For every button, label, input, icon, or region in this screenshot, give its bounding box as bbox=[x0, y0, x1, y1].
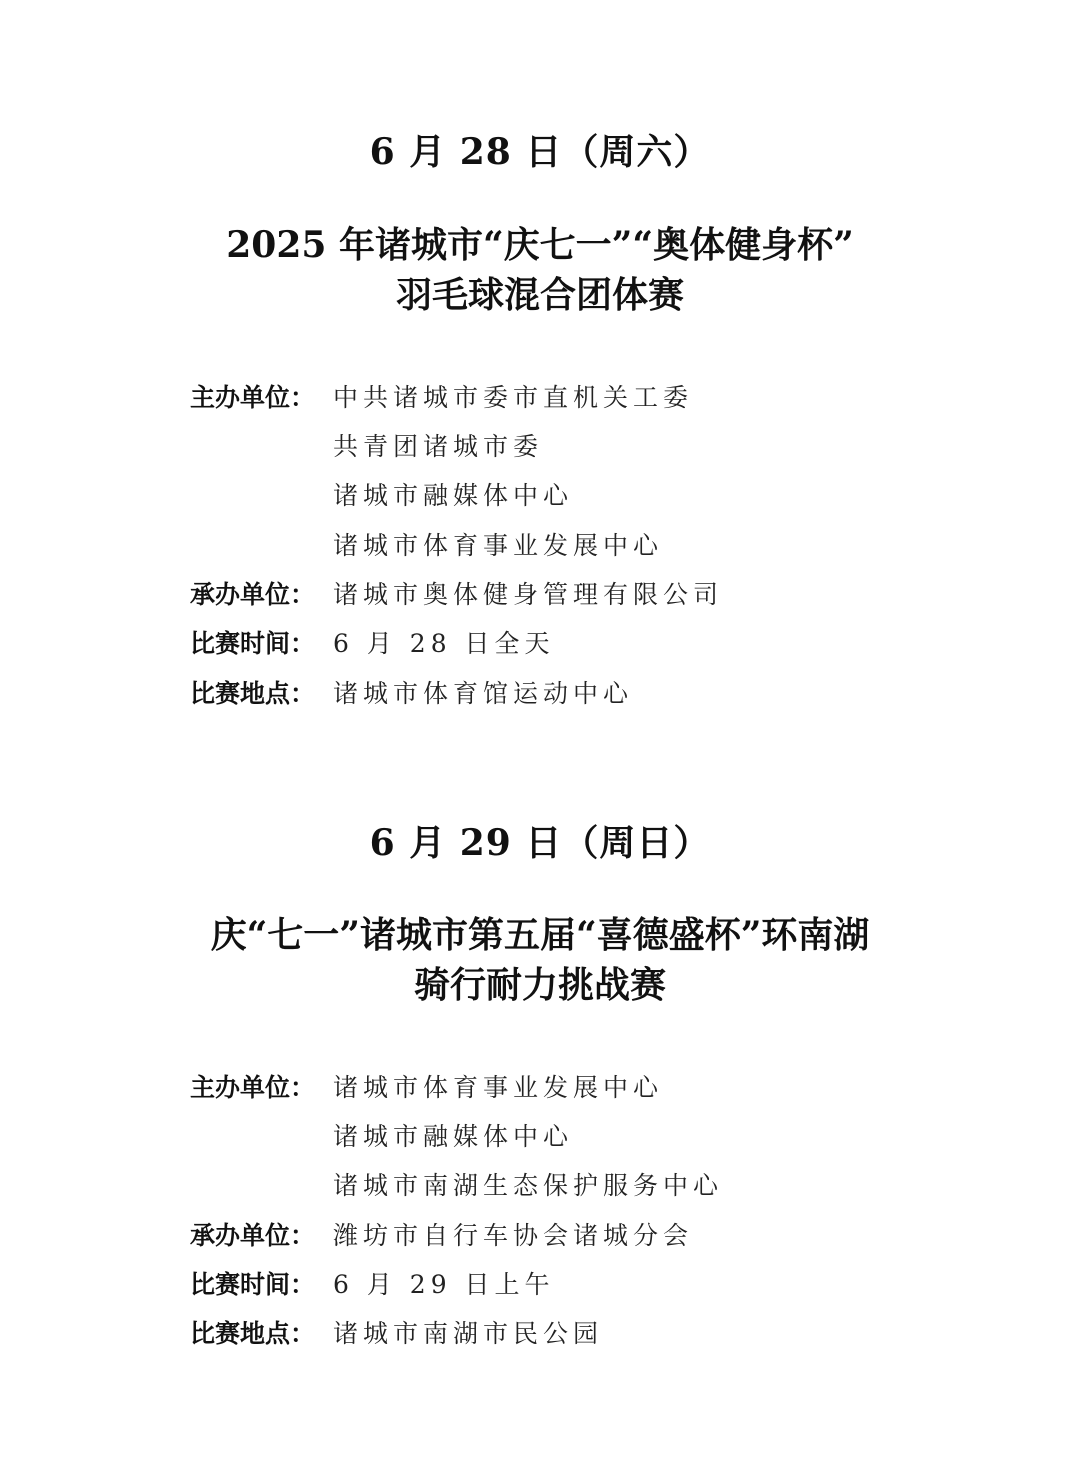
time-value: 6 月 29 日上午 bbox=[333, 1265, 555, 1301]
organizer-name: 中共诸城市委市直机关工委 bbox=[333, 378, 693, 414]
host-label: 承办单位： bbox=[190, 575, 333, 611]
event-title: 2025 年诸城市“庆七一”“奥体健身杯” 羽毛球混合团体赛 bbox=[0, 220, 1080, 320]
venue-row: 比赛地点： 诸城市南湖市民公园 bbox=[190, 1312, 603, 1352]
venue-row: 比赛地点： 诸城市体育馆运动中心 bbox=[190, 672, 633, 712]
time-row: 比赛时间： 6 月 29 日上午 bbox=[190, 1263, 555, 1303]
organizers-row-cont: 诸城市融媒体中心 bbox=[190, 1115, 573, 1155]
organizer-name: 诸城市体育事业发展中心 bbox=[333, 526, 663, 562]
organizer-name: 共青团诸城市委 bbox=[333, 427, 543, 463]
time-label: 比赛时间： bbox=[190, 1265, 333, 1301]
venue-label: 比赛地点： bbox=[190, 674, 333, 710]
organizer-name: 诸城市融媒体中心 bbox=[333, 476, 573, 512]
organizers-row-cont: 共青团诸城市委 bbox=[190, 425, 543, 465]
event-title-line: 骑行耐力挑战赛 bbox=[0, 960, 1080, 1010]
time-row: 比赛时间： 6 月 28 日全天 bbox=[190, 622, 555, 662]
host-name: 潍坊市自行车协会诸城分会 bbox=[333, 1216, 693, 1252]
organizer-name: 诸城市融媒体中心 bbox=[333, 1117, 573, 1153]
organizers-row: 主办单位： 诸城市体育事业发展中心 bbox=[190, 1066, 663, 1106]
venue-value: 诸城市南湖市民公园 bbox=[333, 1314, 603, 1350]
organizers-label: 主办单位： bbox=[190, 378, 333, 414]
event-title-line: 庆“七一”诸城市第五届“喜德盛杯”环南湖 bbox=[0, 910, 1080, 960]
event-title-line: 2025 年诸城市“庆七一”“奥体健身杯” bbox=[0, 220, 1080, 270]
host-row: 承办单位： 诸城市奥体健身管理有限公司 bbox=[190, 573, 723, 613]
time-label: 比赛时间： bbox=[190, 624, 333, 660]
date-heading: 6 月 28 日（周六） bbox=[0, 124, 1080, 175]
organizers-label: 主办单位： bbox=[190, 1068, 333, 1104]
organizer-name: 诸城市体育事业发展中心 bbox=[333, 1068, 663, 1104]
organizers-row-cont: 诸城市体育事业发展中心 bbox=[190, 524, 663, 564]
organizers-row: 主办单位： 中共诸城市委市直机关工委 bbox=[190, 376, 693, 416]
organizers-row-cont: 诸城市融媒体中心 bbox=[190, 474, 573, 514]
host-name: 诸城市奥体健身管理有限公司 bbox=[333, 575, 723, 611]
organizers-row-cont: 诸城市南湖生态保护服务中心 bbox=[190, 1164, 723, 1204]
venue-label: 比赛地点： bbox=[190, 1314, 333, 1350]
host-label: 承办单位： bbox=[190, 1216, 333, 1252]
event-title: 庆“七一”诸城市第五届“喜德盛杯”环南湖 骑行耐力挑战赛 bbox=[0, 910, 1080, 1010]
date-heading: 6 月 29 日（周日） bbox=[0, 815, 1080, 866]
organizer-name: 诸城市南湖生态保护服务中心 bbox=[333, 1166, 723, 1202]
time-value: 6 月 28 日全天 bbox=[333, 624, 555, 660]
host-row: 承办单位： 潍坊市自行车协会诸城分会 bbox=[190, 1214, 693, 1254]
event-title-line: 羽毛球混合团体赛 bbox=[0, 270, 1080, 320]
venue-value: 诸城市体育馆运动中心 bbox=[333, 674, 633, 710]
